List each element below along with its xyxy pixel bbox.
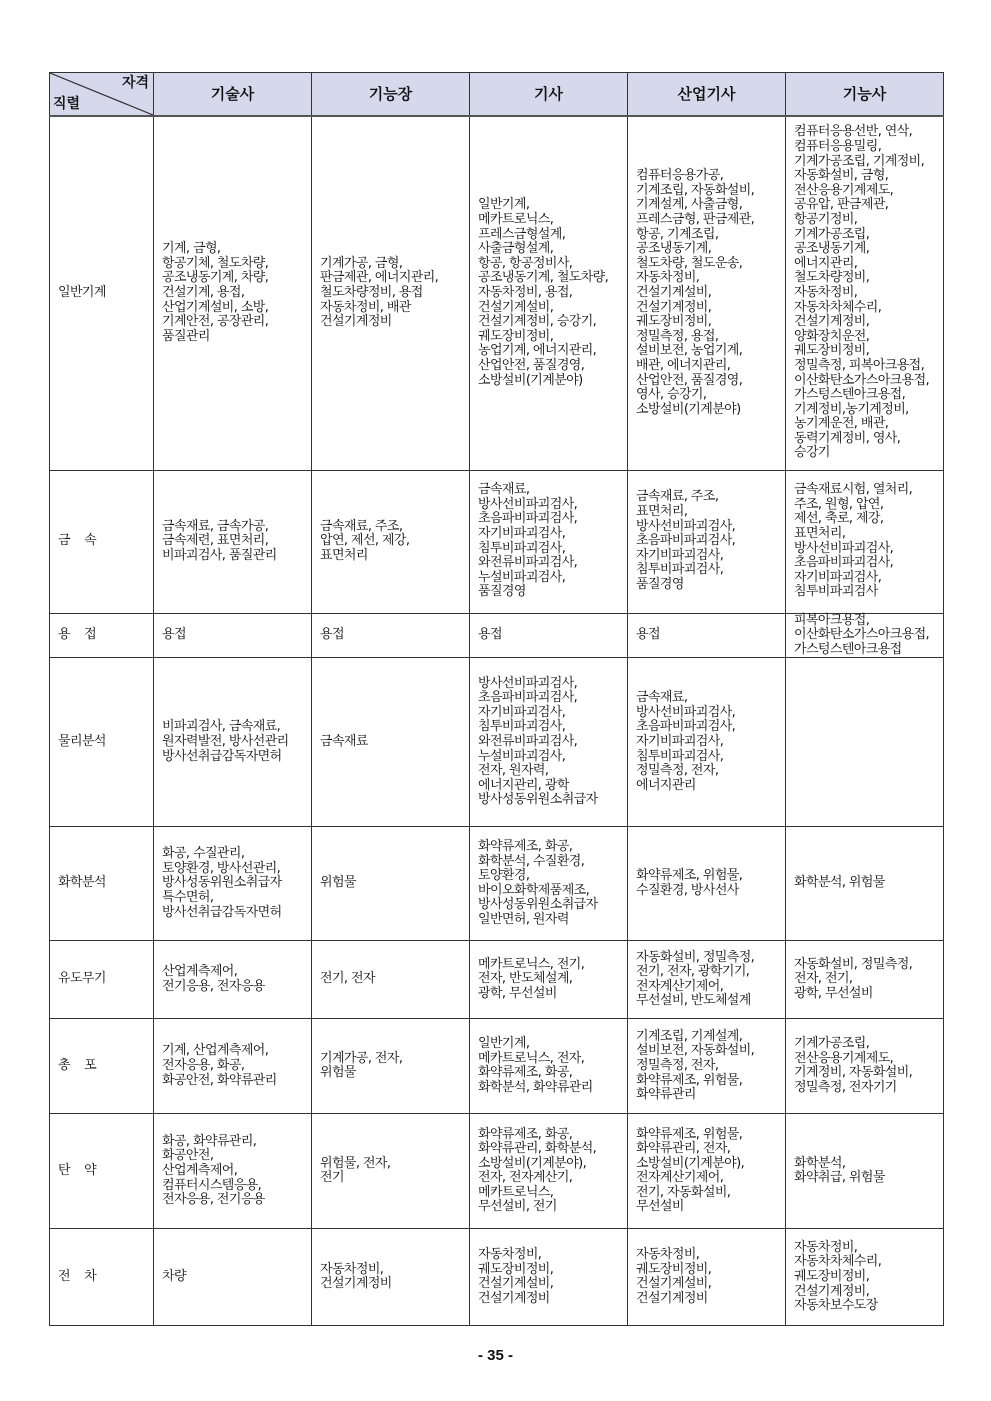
table-cell (786, 658, 944, 827)
table-row: 탄 약화공, 화약류관리,화공안전,산업계측제어,컴퓨터시스템응용,전자응용, … (50, 1114, 944, 1229)
cell-text-line: 전기, 전자, 광학기기, (636, 965, 785, 980)
table-cell: 메카트로닉스, 전기,전자, 반도체설계,광학, 무선설비 (470, 941, 628, 1019)
table-cell: 자동차정비,건설기계정비 (312, 1229, 470, 1326)
row-header: 전 차 (50, 1229, 154, 1326)
table-cell: 금속재료 (312, 658, 470, 827)
table-cell: 용접 (154, 613, 312, 658)
corner-label-series: 직렬 (53, 97, 80, 112)
cell-text-line: 용접 (478, 628, 627, 643)
cell-text-line: 위험물 (320, 1066, 469, 1081)
cell-text-line: 가스텅스텐아크용접, (794, 388, 943, 403)
cell-text-line: 화약류제조, 화공, (478, 1128, 627, 1143)
cell-text-line: 자동차보수도장 (794, 1299, 943, 1314)
cell-text-line: 방사성동위원소취급자 (478, 898, 627, 913)
corner-header: 자격 직렬 (50, 73, 154, 117)
table-cell: 비파괴검사, 금속재료,원자력발전, 방사선관리방사선취급감독자면허 (154, 658, 312, 827)
table-cell: 일반기계,메카트로닉스,프레스금형설계,사출금형설계,항공, 항공정비사,공조냉… (470, 116, 628, 470)
cell-text-line: 원자력발전, 방사선관리 (162, 735, 311, 750)
cell-text-line: 화약류제조, 위험물, (636, 869, 785, 884)
cell-text-line: 용접 (636, 628, 785, 643)
cell-text-line: 와전류비파괴검사, (478, 556, 627, 571)
cell-text-line: 와전류비파괴검사, (478, 735, 627, 750)
cell-text-line: 기계가공조립, (794, 1037, 943, 1052)
cell-text-line: 방사선비파괴검사, (794, 542, 943, 557)
table-cell: 화약류제조, 화공,화약류관리, 화학분석,소방설비(기계분야),전자, 전자계… (470, 1114, 628, 1229)
table-row: 금 속금속재료, 금속가공,금속제련, 표면처리,비파괴검사, 품질관리금속재료… (50, 470, 944, 613)
cell-text-line: 산업기계설비, 소방, (162, 301, 311, 316)
table-cell: 금속재료, 주조,표면처리,방사선비파괴검사,초음파비파괴검사,자기비파괴검사,… (628, 470, 786, 613)
table-body: 일반기계기계, 금형,항공기체, 철도차량,공조냉동기계, 차량,건설기계, 용… (50, 116, 944, 1326)
cell-text-line: 설비보전, 자동화설비, (636, 1044, 785, 1059)
cell-text-line: 침투비파괴검사, (636, 750, 785, 765)
cell-text-line: 화약취급, 위험물 (794, 1171, 943, 1186)
row-header: 물리분석 (50, 658, 154, 827)
table-cell: 피복아크용접,이산화탄소가스아크용접,가스텅스텐아크용접 (786, 613, 944, 658)
cell-text-line: 소방설비(기계분야) (636, 403, 785, 418)
table-cell: 기계가공, 금형,판금제관, 에너지관리,철도차량정비, 용접자동차정비, 배관… (312, 116, 470, 470)
cell-text-line: 수질환경, 방사선사 (636, 884, 785, 899)
cell-text-line: 기계안전, 공장관리, (162, 315, 311, 330)
cell-text-line: 소방설비(기계분야) (478, 374, 627, 389)
cell-text-line: 전기 (320, 1171, 469, 1186)
table-cell: 금속재료, 주조,압연, 제선, 제강,표면처리 (312, 470, 470, 613)
cell-text-line: 화약류관리, 화학분석, (478, 1142, 627, 1157)
cell-text-line: 건설기계설비, (478, 301, 627, 316)
cell-text-line: 항공기정비, (794, 213, 943, 228)
cell-text-line: 자동화설비, 정밀측정, (636, 951, 785, 966)
cell-text-line: 화약류제조, 화공, (478, 840, 627, 855)
cell-text-line: 품질경영 (636, 578, 785, 593)
table-cell: 방사선비파괴검사,초음파비파괴검사,자기비파괴검사,침투비파괴검사,와전류비파괴… (470, 658, 628, 827)
cell-text-line: 제선, 축로, 제강, (794, 512, 943, 527)
cell-text-line: 무선설비, 반도체설계 (636, 994, 785, 1009)
cell-text-line: 건설기계설비, (478, 1277, 627, 1292)
column-header-engineer-pe: 기술사 (154, 73, 312, 117)
cell-text-line: 전자, 반도체설계, (478, 972, 627, 987)
cell-text-line: 자동차정비, 용접, (478, 286, 627, 301)
cell-text-line: 방사성동위원소취급자 (162, 876, 311, 891)
cell-text-line: 이산화탄소가스아크용접, (794, 628, 943, 643)
cell-text-line: 건설기계정비, (636, 301, 785, 316)
cell-text-line: 방사성동위원소취급자 (478, 793, 627, 808)
cell-text-line: 메카트로닉스, (478, 213, 627, 228)
cell-text-line: 금속재료, 주조, (636, 490, 785, 505)
cell-text-line: 건설기계정비 (478, 1292, 627, 1307)
table-cell: 금속재료,방사선비파괴검사,초음파비파괴검사,자기비파괴검사,침투비파괴검사,정… (628, 658, 786, 827)
cell-text-line: 기계정비, 자동화설비, (794, 1066, 943, 1081)
cell-text-line: 자동차정비, 배관 (320, 301, 469, 316)
table-cell: 화약류제조, 위험물,수질환경, 방사선사 (628, 827, 786, 941)
page-number: - 35 - (0, 1347, 991, 1364)
cell-text-line: 자동차정비, (478, 1248, 627, 1263)
table-cell: 기계가공, 전자,위험물 (312, 1019, 470, 1114)
cell-text-line: 건설기계정비 (320, 1277, 469, 1292)
table-row: 화학분석화공, 수질관리,토양환경, 방사선관리,방사성동위원소취급자특수면허,… (50, 827, 944, 941)
cell-text-line: 방사선비파괴검사, (636, 520, 785, 535)
table-cell: 자동차정비,자동차차체수리,궤도장비정비,건설기계정비,자동차보수도장 (786, 1229, 944, 1326)
cell-text-line: 기계설계, 사출금형, (636, 198, 785, 213)
cell-text-line: 사출금형설계, (478, 242, 627, 257)
cell-text-line: 피복아크용접, (794, 614, 943, 629)
table-cell: 자동차정비,궤도장비정비,건설기계설비,건설기계정비 (470, 1229, 628, 1326)
row-header: 일반기계 (50, 116, 154, 470)
cell-text-line: 금속재료시험, 열처리, (794, 483, 943, 498)
cell-text-line: 용접 (162, 628, 311, 643)
cell-text-line: 농기계운전, 배관, (794, 417, 943, 432)
table-row: 전 차차량자동차정비,건설기계정비자동차정비,궤도장비정비,건설기계설비,건설기… (50, 1229, 944, 1326)
row-header: 금 속 (50, 470, 154, 613)
cell-text-line: 일반기계, (478, 1037, 627, 1052)
cell-text-line: 화약류관리, 전자, (636, 1142, 785, 1157)
table-cell: 화공, 화약류관리,화공안전,산업계측제어,컴퓨터시스템응용,전자응용, 전기응… (154, 1114, 312, 1229)
table-cell: 화약류제조, 화공,화학분석, 수질환경,토양환경,바이오화학제품제조,방사성동… (470, 827, 628, 941)
cell-text-line: 초음파비파괴검사, (636, 534, 785, 549)
cell-text-line: 화약류제조, 위험물, (636, 1074, 785, 1089)
cell-text-line: 컴퓨터시스템응용, (162, 1179, 311, 1194)
cell-text-line: 프레스금형설계, (478, 228, 627, 243)
table-cell: 용접 (312, 613, 470, 658)
cell-text-line: 공조냉동기계, 차량, (162, 271, 311, 286)
table-cell: 컴퓨터응용선반, 연삭,컴퓨터응용밀링,기계가공조립, 기계정비,자동화설비, … (786, 116, 944, 470)
cell-text-line: 농업기계, 에너지관리, (478, 344, 627, 359)
cell-text-line: 궤도장비정비, (794, 1270, 943, 1285)
cell-text-line: 초음파비파괴검사, (478, 512, 627, 527)
cell-text-line: 방사선취급감독자면허 (162, 906, 311, 921)
cell-text-line: 표면처리, (636, 505, 785, 520)
cell-text-line: 누설비파괴검사, (478, 750, 627, 765)
column-header-master-craftsman: 기능장 (312, 73, 470, 117)
cell-text-line: 철도차량정비, 용접 (320, 286, 469, 301)
table-cell: 산업계측제어,전기응용, 전자응용 (154, 941, 312, 1019)
cell-text-line: 건설기계, 용접, (162, 286, 311, 301)
cell-text-line: 자동화설비, 금형, (794, 169, 943, 184)
row-header: 화학분석 (50, 827, 154, 941)
cell-text-line: 전자, 원자력, (478, 764, 627, 779)
cell-text-line: 초음파비파괴검사, (478, 691, 627, 706)
cell-text-line: 토양환경, (478, 869, 627, 884)
cell-text-line: 판금제관, 에너지관리, (320, 271, 469, 286)
cell-text-line: 무선설비 (636, 1200, 785, 1215)
row-header: 총 포 (50, 1019, 154, 1114)
cell-text-line: 특수면허, (162, 891, 311, 906)
cell-text-line: 항공, 기계조립, (636, 228, 785, 243)
cell-text-line: 화공안전, 화약류관리 (162, 1074, 311, 1089)
cell-text-line: 궤도장비정비, (794, 344, 943, 359)
qualification-table: 자격 직렬 기술사 기능장 기사 산업기사 기능사 일반기계기계, 금형,항공기… (49, 72, 944, 1326)
table-cell: 금속재료시험, 열처리,주조, 원형, 압연,제선, 축로, 제강,표면처리,방… (786, 470, 944, 613)
cell-text-line: 에너지관리 (636, 779, 785, 794)
cell-text-line: 금속제련, 표면처리, (162, 534, 311, 549)
cell-text-line: 자동차차체수리, (794, 301, 943, 316)
cell-text-line: 차량 (162, 1270, 311, 1285)
row-header: 유도무기 (50, 941, 154, 1019)
cell-text-line: 건설기계정비 (320, 315, 469, 330)
table-row: 유도무기산업계측제어,전기응용, 전자응용전기, 전자메카트로닉스, 전기,전자… (50, 941, 944, 1019)
cell-text-line: 정밀측정, 피복아크용접, (794, 359, 943, 374)
cell-text-line: 자기비파괴검사, (636, 735, 785, 750)
cell-text-line: 광학, 무선설비 (794, 987, 943, 1002)
table-cell: 컴퓨터응용가공,기계조립, 자동화설비,기계설계, 사출금형,프레스금형, 판금… (628, 116, 786, 470)
table-cell: 화학분석,화약취급, 위험물 (786, 1114, 944, 1229)
table-cell: 전기, 전자 (312, 941, 470, 1019)
cell-text-line: 자동차정비, (636, 271, 785, 286)
cell-text-line: 초음파비파괴검사, (636, 720, 785, 735)
cell-text-line: 프레스금형, 판금제관, (636, 213, 785, 228)
cell-text-line: 화학분석, 화약류관리 (478, 1081, 627, 1096)
column-header-industrial-engineer: 산업기사 (628, 73, 786, 117)
cell-text-line: 자동차정비, (636, 1248, 785, 1263)
cell-text-line: 정밀측정, 전자기기 (794, 1081, 943, 1096)
table-cell: 화학분석, 위험물 (786, 827, 944, 941)
cell-text-line: 건설기계정비, 승강기, (478, 315, 627, 330)
cell-text-line: 자기비파괴검사, (478, 527, 627, 542)
cell-text-line: 공조냉동기계, (794, 242, 943, 257)
table-cell: 기계조립, 기계설계,설비보전, 자동화설비,정밀측정, 전자,화약류제조, 위… (628, 1019, 786, 1114)
table-cell: 화공, 수질관리,토양환경, 방사선관리,방사성동위원소취급자특수면허,방사선취… (154, 827, 312, 941)
cell-text-line: 전기응용, 전자응용 (162, 980, 311, 995)
column-header-craftsman: 기능사 (786, 73, 944, 117)
cell-text-line: 산업안전, 품질경영, (636, 374, 785, 389)
table-row: 총 포기계, 산업계측제어,전자응용, 화공,화공안전, 화약류관리기계가공, … (50, 1019, 944, 1114)
cell-text-line: 품질경영 (478, 585, 627, 600)
column-header-engineer: 기사 (470, 73, 628, 117)
cell-text-line: 압연, 제선, 제강, (320, 534, 469, 549)
cell-text-line: 건설기계정비, (794, 1285, 943, 1300)
cell-text-line: 전기, 전자 (320, 972, 469, 987)
cell-text-line: 영사, 승강기, (636, 388, 785, 403)
cell-text-line: 표면처리 (320, 549, 469, 564)
cell-text-line: 용접 (320, 628, 469, 643)
cell-text-line: 방사선취급감독자면허 (162, 750, 311, 765)
cell-text-line: 광학, 무선설비 (478, 987, 627, 1002)
cell-text-line: 침투비파괴검사 (794, 585, 943, 600)
cell-text-line: 위험물 (320, 876, 469, 891)
table-cell: 기계가공조립,전산응용기계제도,기계정비, 자동화설비,정밀측정, 전자기기 (786, 1019, 944, 1114)
cell-text-line: 자동차차체수리, (794, 1255, 943, 1270)
cell-text-line: 궤도장비정비, (636, 315, 785, 330)
cell-text-line: 일반면허, 원자력 (478, 913, 627, 928)
cell-text-line: 기계가공조립, 기계정비, (794, 155, 943, 170)
table-cell: 기계, 금형,항공기체, 철도차량,공조냉동기계, 차량,건설기계, 용접,산업… (154, 116, 312, 470)
cell-text-line: 건설기계정비 (636, 1292, 785, 1307)
cell-text-line: 공유압, 판금제관, (794, 198, 943, 213)
cell-text-line: 철도차량정비, (794, 271, 943, 286)
cell-text-line: 화학분석, 수질환경, (478, 855, 627, 870)
cell-text-line: 전자, 전자계산기, (478, 1171, 627, 1186)
table-cell: 자동차정비,궤도장비정비,건설기계설비,건설기계정비 (628, 1229, 786, 1326)
cell-text-line: 건설기계정비, (794, 315, 943, 330)
cell-text-line: 전자계산기제어, (636, 1171, 785, 1186)
cell-text-line: 산업안전, 품질경영, (478, 359, 627, 374)
table-cell: 차량 (154, 1229, 312, 1326)
table-cell: 화약류제조, 위험물,화약류관리, 전자,소방설비(기계분야),전자계산기제어,… (628, 1114, 786, 1229)
table-cell: 자동화설비, 정밀측정,전기, 전자, 광학기기,전자계산기제어,무선설비, 반… (628, 941, 786, 1019)
cell-text-line: 품질관리 (162, 330, 311, 345)
cell-text-line: 화공안전, (162, 1149, 311, 1164)
cell-text-line: 화약류관리 (636, 1088, 785, 1103)
cell-text-line: 정밀측정, 전자, (636, 764, 785, 779)
cell-text-line: 건설기계설비, (636, 286, 785, 301)
cell-text-line: 금속재료 (320, 735, 469, 750)
cell-text-line: 설비보전, 농업기계, (636, 344, 785, 359)
cell-text-line: 금속재료, 주조, (320, 520, 469, 535)
table-cell: 금속재료, 금속가공,금속제련, 표면처리,비파괴검사, 품질관리 (154, 470, 312, 613)
cell-text-line: 산업계측제어, (162, 1164, 311, 1179)
table-row: 물리분석비파괴검사, 금속재료,원자력발전, 방사선관리방사선취급감독자면허금속… (50, 658, 944, 827)
cell-text-line: 무선설비, 전기 (478, 1200, 627, 1215)
table-cell: 용접 (470, 613, 628, 658)
cell-text-line: 배관, 에너지관리, (636, 359, 785, 374)
cell-text-line: 전자, 전기, (794, 972, 943, 987)
table-cell: 자동화설비, 정밀측정,전자, 전기,광학, 무선설비 (786, 941, 944, 1019)
cell-text-line: 건설기계설비, (636, 1277, 785, 1292)
cell-text-line: 공조냉동기계, (636, 242, 785, 257)
row-header: 탄 약 (50, 1114, 154, 1229)
table-cell: 금속재료,방사선비파괴검사,초음파비파괴검사,자기비파괴검사,침투비파괴검사,와… (470, 470, 628, 613)
cell-text-line: 자동차정비, (794, 286, 943, 301)
cell-text-line: 기계가공조립, (794, 228, 943, 243)
cell-text-line: 화학분석, 위험물 (794, 876, 943, 891)
cell-text-line: 컴퓨터응용밀링, (794, 140, 943, 155)
cell-text-line: 초음파비파괴검사, (794, 556, 943, 571)
cell-text-line: 화공, 수질관리, (162, 847, 311, 862)
cell-text-line: 비파괴검사, 금속재료, (162, 720, 311, 735)
cell-text-line: 금속재료, (636, 691, 785, 706)
cell-text-line: 침투비파괴검사, (636, 563, 785, 578)
table-cell: 기계, 산업계측제어,전자응용, 화공,화공안전, 화약류관리 (154, 1019, 312, 1114)
table-row: 일반기계기계, 금형,항공기체, 철도차량,공조냉동기계, 차량,건설기계, 용… (50, 116, 944, 470)
table-cell: 용접 (628, 613, 786, 658)
cell-text-line: 화약류제조, 위험물, (636, 1128, 785, 1143)
cell-text-line: 전자응용, 화공, (162, 1059, 311, 1074)
cell-text-line: 컴퓨터응용선반, 연삭, (794, 125, 943, 140)
cell-text-line: 승강기 (794, 446, 943, 461)
header-row: 자격 직렬 기술사 기능장 기사 산업기사 기능사 (50, 73, 944, 117)
cell-text-line: 비파괴검사, 품질관리 (162, 549, 311, 564)
cell-text-line: 화약류제조, 화공, (478, 1066, 627, 1081)
cell-text-line: 가스텅스텐아크용접 (794, 643, 943, 658)
table-row: 용 접용접용접용접용접피복아크용접,이산화탄소가스아크용접,가스텅스텐아크용접 (50, 613, 944, 658)
cell-text-line: 전자응용, 전기응용 (162, 1193, 311, 1208)
corner-label-qualification: 자격 (122, 76, 149, 91)
cell-text-line: 기계, 산업계측제어, (162, 1044, 311, 1059)
cell-text-line: 일반기계, (478, 198, 627, 213)
row-header: 용 접 (50, 613, 154, 658)
table-cell: 위험물 (312, 827, 470, 941)
table-cell: 위험물, 전자,전기 (312, 1114, 470, 1229)
cell-text-line: 정밀측정, 전자, (636, 1059, 785, 1074)
cell-text-line: 기계, 금형, (162, 242, 311, 257)
cell-text-line: 금속재료, (478, 483, 627, 498)
cell-text-line: 산업계측제어, (162, 965, 311, 980)
table-cell: 일반기계,메카트로닉스, 전자,화약류제조, 화공,화학분석, 화약류관리 (470, 1019, 628, 1114)
cell-text-line: 공조냉동기계, 철도차량, (478, 271, 627, 286)
cell-text-line: 금속재료, 금속가공, (162, 520, 311, 535)
cell-text-line: 표면처리, (794, 527, 943, 542)
cell-text-line: 침투비파괴검사, (478, 720, 627, 735)
cell-text-line: 컴퓨터응용가공, (636, 169, 785, 184)
cell-text-line: 방사선비파괴검사, (478, 677, 627, 692)
cell-text-line: 이산화탄소가스아크용접, (794, 374, 943, 389)
cell-text-line: 침투비파괴검사, (478, 542, 627, 557)
